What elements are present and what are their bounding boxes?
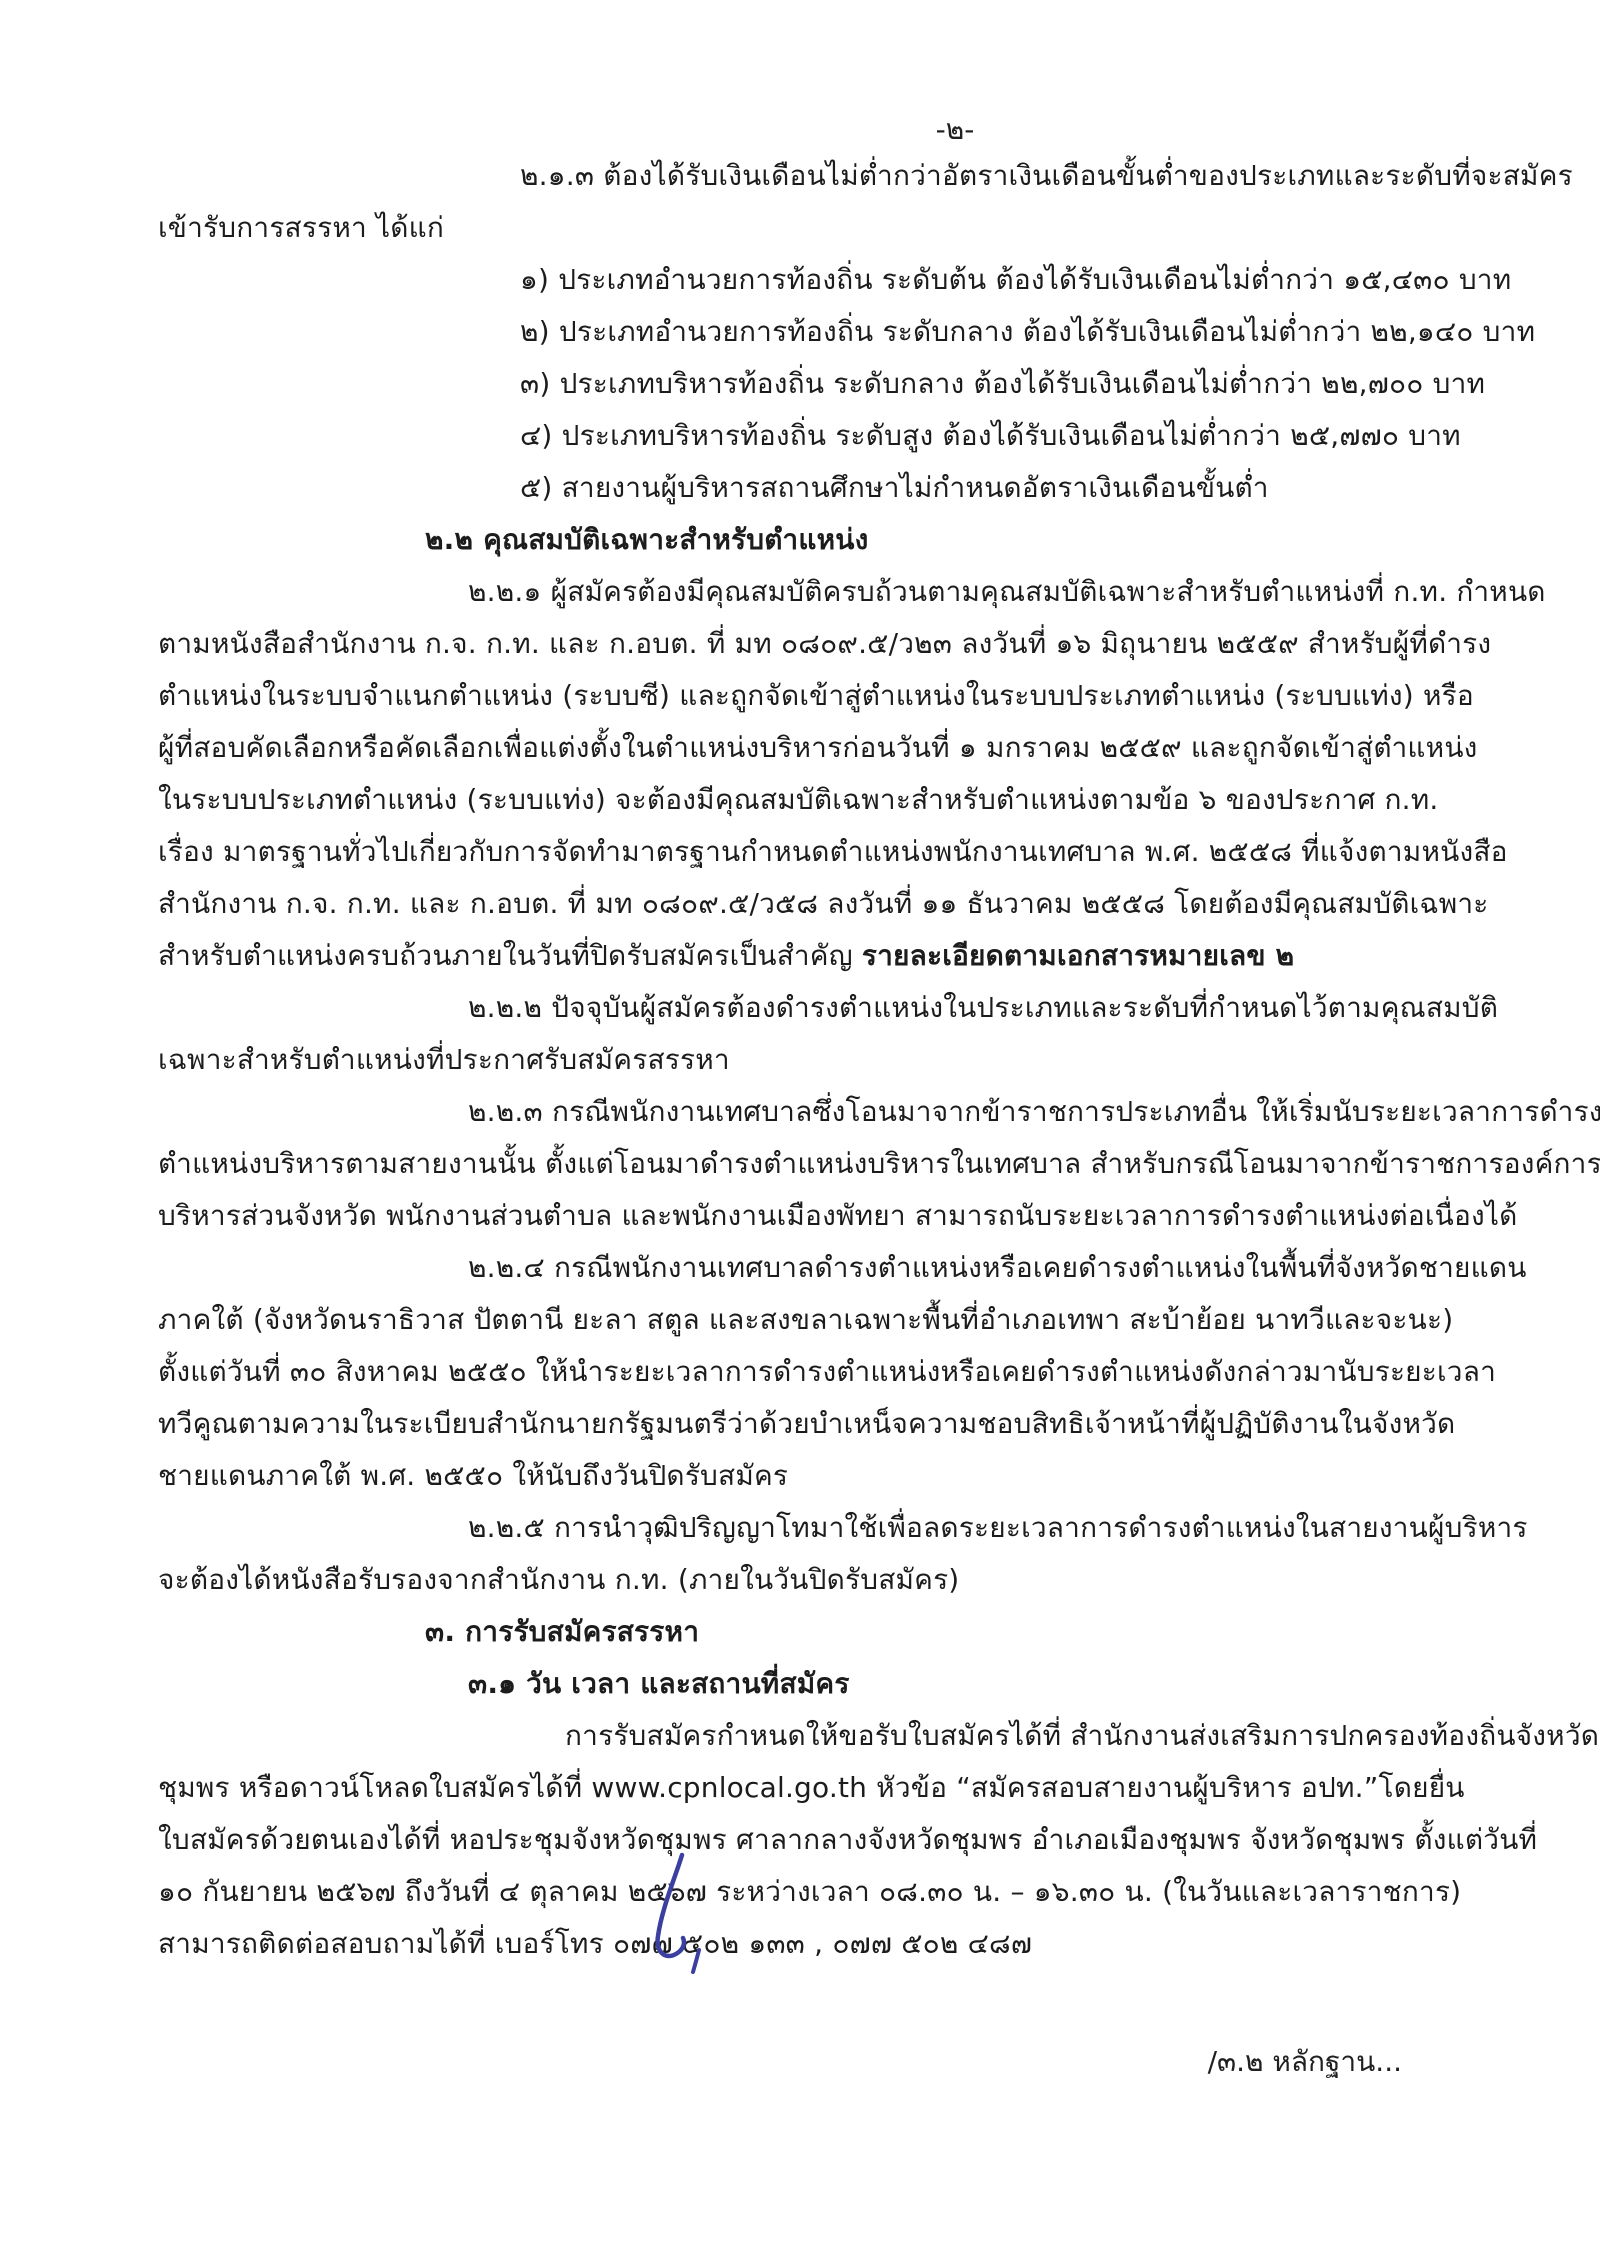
document-line: สำนักงาน ก.จ. ก.ท. และ ก.อบต. ที่ มท ๐๘๐… — [158, 878, 1478, 930]
document-line: ทวีคูณตามความในระเบียบสำนักนายกรัฐมนตรีว… — [158, 1398, 1478, 1450]
document-line: ผู้ที่สอบคัดเลือกหรือคัดเลือกเพื่อแต่งตั… — [158, 722, 1478, 774]
document-text-segment: รายละเอียดตามเอกสารหมายเลข ๒ — [862, 939, 1294, 972]
document-text-segment: บริหารส่วนจังหวัด พนักงานส่วนตำบล และพนั… — [158, 1199, 1518, 1232]
document-text-segment: ๑๐ กันยายน ๒๕๖๗ ถึงวันที่ ๔ ตุลาคม ๒๕๖๗ … — [158, 1875, 1461, 1908]
document-line: ภาคใต้ (จังหวัดนราธิวาส ปัตตานี ยะลา สตู… — [158, 1294, 1478, 1346]
document-line: ๒.๒.๔ กรณีพนักงานเทศบาลดำรงตำแหน่งหรือเค… — [468, 1242, 1478, 1294]
document-line: ในระบบประเภทตำแหน่ง (ระบบแท่ง) จะต้องมีค… — [158, 774, 1478, 826]
document-text-segment: ๕) สายงานผู้บริหารสถานศึกษาไม่กำหนดอัตรา… — [520, 471, 1269, 504]
document-text-segment: สำนักงาน ก.จ. ก.ท. และ ก.อบต. ที่ มท ๐๘๐… — [158, 887, 1489, 920]
document-line: ๒.๑.๓ ต้องได้รับเงินเดือนไม่ต่ำกว่าอัตรา… — [520, 150, 1478, 202]
document-line: การรับสมัครกำหนดให้ขอรับใบสมัครได้ที่ สำ… — [565, 1710, 1478, 1762]
document-text-segment: ๒.๒.๑ ผู้สมัครต้องมีคุณสมบัติครบถ้วนตามค… — [468, 575, 1546, 608]
document-text-segment: สำหรับตำแหน่งครบถ้วนภายในวันที่ปิดรับสมั… — [158, 939, 862, 972]
document-line: ๒.๒.๓ กรณีพนักงานเทศบาลซึ่งโอนมาจากข้ารา… — [468, 1086, 1478, 1138]
document-line: ชุมพร หรือดาวน์โหลดใบสมัครได้ที่ www.cpn… — [158, 1762, 1478, 1814]
document-line: ใบสมัครด้วยตนเองได้ที่ หอประชุมจังหวัดชุ… — [158, 1814, 1478, 1866]
document-text-segment: ตามหนังสือสำนักงาน ก.จ. ก.ท. และ ก.อบต. … — [158, 627, 1491, 660]
document-line: ชายแดนภาคใต้ พ.ศ. ๒๕๕๐ ให้นับถึงวันปิดรั… — [158, 1450, 1478, 1502]
document-line: สำหรับตำแหน่งครบถ้วนภายในวันที่ปิดรับสมั… — [158, 930, 1478, 982]
document-text-segment: สามารถติดต่อสอบถามได้ที่ เบอร์โทร ๐๗๗ ๕๐… — [158, 1927, 1032, 1960]
document-text-segment: การรับสมัครกำหนดให้ขอรับใบสมัครได้ที่ สำ… — [565, 1719, 1599, 1752]
document-text-segment: ชุมพร หรือดาวน์โหลดใบสมัครได้ที่ www.cpn… — [158, 1771, 1465, 1804]
document-line: ๒.๒ คุณสมบัติเฉพาะสำหรับตำแหน่ง — [425, 514, 1478, 566]
document-line: ๓) ประเภทบริหารท้องถิ่น ระดับกลาง ต้องได… — [520, 358, 1478, 410]
document-line: ๑๐ กันยายน ๒๕๖๗ ถึงวันที่ ๔ ตุลาคม ๒๕๖๗ … — [158, 1866, 1478, 1918]
document-text-segment: ๔) ประเภทบริหารท้องถิ่น ระดับสูง ต้องได้… — [520, 419, 1461, 452]
document-line: ตำแหน่งในระบบจำแนกตำแหน่ง (ระบบซี) และถู… — [158, 670, 1478, 722]
document-text-segment: ๓) ประเภทบริหารท้องถิ่น ระดับกลาง ต้องได… — [520, 367, 1485, 400]
document-text-segment: ๒.๒.๔ กรณีพนักงานเทศบาลดำรงตำแหน่งหรือเค… — [468, 1251, 1527, 1284]
document-text-segment: เข้ารับการสรรหา ได้แก่ — [158, 211, 444, 244]
document-line: ๒.๒.๕ การนำวุฒิปริญญาโทมาใช้เพื่อลดระยะเ… — [468, 1502, 1478, 1554]
document-text-segment: ชายแดนภาคใต้ พ.ศ. ๒๕๕๐ ให้นับถึงวันปิดรั… — [158, 1459, 788, 1492]
document-text-segment: ๒.๒ คุณสมบัติเฉพาะสำหรับตำแหน่ง — [425, 523, 868, 556]
document-text-segment: ๒.๒.๓ กรณีพนักงานเทศบาลซึ่งโอนมาจากข้ารา… — [468, 1095, 1600, 1128]
document-text-segment: ตั้งแต่วันที่ ๓๐ สิงหาคม ๒๕๕๐ ให้นำระยะเ… — [158, 1355, 1496, 1388]
document-line: ๒.๒.๒ ปัจจุบันผู้สมัครต้องดำรงตำแหน่งในป… — [468, 982, 1478, 1034]
document-text-segment: ๒.๒.๕ การนำวุฒิปริญญาโทมาใช้เพื่อลดระยะเ… — [468, 1511, 1528, 1544]
document-line: ตำแหน่งบริหารตามสายงานนั้น ตั้งแต่โอนมาด… — [158, 1138, 1478, 1190]
document-text-segment: ๓. การรับสมัครสรรหา — [425, 1615, 699, 1648]
document-text-segment: ตำแหน่งบริหารตามสายงานนั้น ตั้งแต่โอนมาด… — [158, 1147, 1600, 1180]
document-line: ๓. การรับสมัครสรรหา — [425, 1606, 1478, 1658]
document-text-segment: เฉพาะสำหรับตำแหน่งที่ประกาศรับสมัครสรรหา — [158, 1043, 730, 1076]
document-text-segment: ภาคใต้ (จังหวัดนราธิวาส ปัตตานี ยะลา สตู… — [158, 1303, 1453, 1336]
document-line: ๓.๑ วัน เวลา และสถานที่สมัคร — [468, 1658, 1478, 1710]
document-text-segment: ใบสมัครด้วยตนเองได้ที่ หอประชุมจังหวัดชุ… — [158, 1823, 1537, 1856]
document-line: ๒) ประเภทอำนวยการท้องถิ่น ระดับกลาง ต้อง… — [520, 306, 1478, 358]
document-page: -๒- ๒.๑.๓ ต้องได้รับเงินเดือนไม่ต่ำกว่าอ… — [0, 0, 1600, 2262]
document-body: ๒.๑.๓ ต้องได้รับเงินเดือนไม่ต่ำกว่าอัตรา… — [158, 150, 1478, 1970]
document-line: เฉพาะสำหรับตำแหน่งที่ประกาศรับสมัครสรรหา — [158, 1034, 1478, 1086]
document-line: ๒.๒.๑ ผู้สมัครต้องมีคุณสมบัติครบถ้วนตามค… — [468, 566, 1478, 618]
document-text-segment: ๓.๑ วัน เวลา และสถานที่สมัคร — [468, 1667, 850, 1700]
document-line: ตามหนังสือสำนักงาน ก.จ. ก.ท. และ ก.อบต. … — [158, 618, 1478, 670]
document-text-segment: ๒.๑.๓ ต้องได้รับเงินเดือนไม่ต่ำกว่าอัตรา… — [520, 159, 1573, 192]
document-text-segment: ตำแหน่งในระบบจำแนกตำแหน่ง (ระบบซี) และถู… — [158, 679, 1474, 712]
document-line: ๕) สายงานผู้บริหารสถานศึกษาไม่กำหนดอัตรา… — [520, 462, 1478, 514]
page-number: -๒- — [880, 108, 1030, 152]
document-text-segment: ทวีคูณตามความในระเบียบสำนักนายกรัฐมนตรีว… — [158, 1407, 1455, 1440]
document-line: บริหารส่วนจังหวัด พนักงานส่วนตำบล และพนั… — [158, 1190, 1478, 1242]
document-text-segment: ๑) ประเภทอำนวยการท้องถิ่น ระดับต้น ต้องไ… — [520, 263, 1511, 296]
continuation-note: /๓.๒ หลักฐาน... — [1208, 2040, 1402, 2084]
document-line: เรื่อง มาตรฐานทั่วไปเกี่ยวกับการจัดทำมาต… — [158, 826, 1478, 878]
document-text-segment: ผู้ที่สอบคัดเลือกหรือคัดเลือกเพื่อแต่งตั… — [158, 731, 1478, 764]
document-line: จะต้องได้หนังสือรับรองจากสำนักงาน ก.ท. (… — [158, 1554, 1478, 1606]
document-text-segment: ๒) ประเภทอำนวยการท้องถิ่น ระดับกลาง ต้อง… — [520, 315, 1535, 348]
document-line: สามารถติดต่อสอบถามได้ที่ เบอร์โทร ๐๗๗ ๕๐… — [158, 1918, 1478, 1970]
document-text-segment: เรื่อง มาตรฐานทั่วไปเกี่ยวกับการจัดทำมาต… — [158, 835, 1508, 868]
document-line: เข้ารับการสรรหา ได้แก่ — [158, 202, 1478, 254]
document-text-segment: ๒.๒.๒ ปัจจุบันผู้สมัครต้องดำรงตำแหน่งในป… — [468, 991, 1498, 1024]
document-line: ตั้งแต่วันที่ ๓๐ สิงหาคม ๒๕๕๐ ให้นำระยะเ… — [158, 1346, 1478, 1398]
document-text-segment: ในระบบประเภทตำแหน่ง (ระบบแท่ง) จะต้องมีค… — [158, 783, 1439, 816]
document-line: ๔) ประเภทบริหารท้องถิ่น ระดับสูง ต้องได้… — [520, 410, 1478, 462]
document-text-segment: จะต้องได้หนังสือรับรองจากสำนักงาน ก.ท. (… — [158, 1563, 959, 1596]
document-line: ๑) ประเภทอำนวยการท้องถิ่น ระดับต้น ต้องไ… — [520, 254, 1478, 306]
